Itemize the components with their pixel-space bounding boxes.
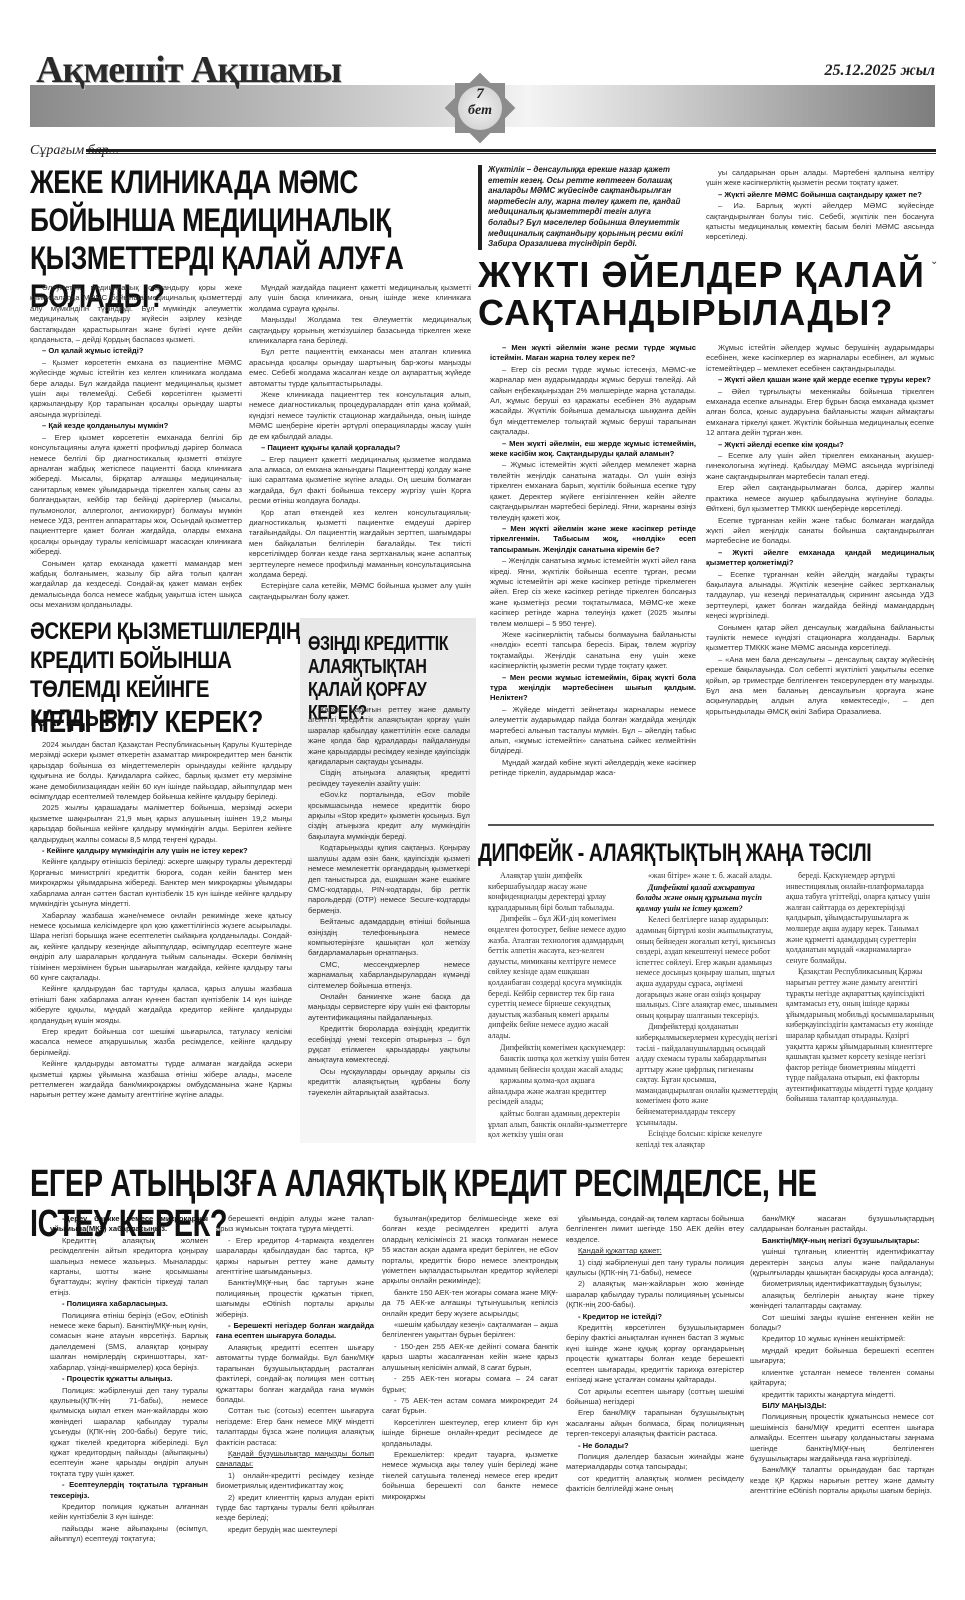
paragraph: – Егер пациент қажетті медициналық қызме… xyxy=(249,455,471,507)
paragraph: Дипфейктің көмегімен қаскүнемдер: xyxy=(488,1043,630,1054)
paragraph: Сонымен қатар емханада қажетті мамандар … xyxy=(30,559,242,611)
paragraph: 1) онлайн-кредитті ресімдеу кезінде биом… xyxy=(216,1471,374,1492)
paragraph: 2024 жылдан бастап Қазақстан Республикас… xyxy=(30,740,292,802)
paragraph: Бұл ретте пациенттің емханасы мен аталға… xyxy=(249,347,471,389)
paragraph: Хабарлау жазбаша және/немесе онлайн режи… xyxy=(30,911,292,984)
article-pregnant-col1: – Мен жүкті әйелмін және ресми түрде жұм… xyxy=(490,343,696,780)
paragraph: берешекті өндіріп алуды және талап-арыз … xyxy=(216,1214,374,1235)
paragraph: Кредиттің көрсетілген бұзушылықтармен бе… xyxy=(566,1323,744,1385)
paragraph: Кейінге қалдырудан бас тартуды қаласа, қ… xyxy=(30,984,292,1026)
paragraph: банкте 150 АЕК-тен жоғары сомаға және МҚ… xyxy=(382,1288,558,1319)
paragraph: ұйымында, сондай-ақ төлем картасы бойынш… xyxy=(566,1214,744,1245)
paragraph: Кредитор 10 жұмыс күнінен кешіктірмей: xyxy=(750,1334,934,1344)
paragraph: «жан бітіре» және т. б. жасай алады. xyxy=(636,871,778,882)
paragraph: – Егер қызмет көрсететін емханада белгіл… xyxy=(30,433,242,558)
article-mhi-col2: Мұндай жағдайда пациент қажетті медицина… xyxy=(249,283,471,603)
page-number: 7 xyxy=(444,86,516,102)
subheading-question: – Жүкті әйелге емханада қандай медицинал… xyxy=(706,548,934,569)
article-pregnant-col2: Жұмыс істейтін әйелдер жұмыс берушінің а… xyxy=(706,343,934,718)
paragraph: Қаржы нарығын реттеу және дамыту агентті… xyxy=(308,705,470,767)
headline-military-sub: НЕНІ БІЛУ КЕРЕК? xyxy=(30,706,302,738)
lead-box-pregnant: Жүктілік – денсаулыққа ерекше назар қаже… xyxy=(478,165,688,250)
article-credit-col1: -Дереу банкке немесе микроқаржы ұйымына(… xyxy=(50,1214,208,1546)
paragraph: - Егер кредитор 4-тармақта көзделген шар… xyxy=(216,1236,374,1278)
paragraph: Кредиттің алаяқтық жолмен ресімделгенін … xyxy=(50,1236,208,1298)
paragraph: Алаяқтық кредитті есептен шығару автомат… xyxy=(216,1343,374,1405)
paragraph: Дипфейктерді қолданатын киберқылмыскерле… xyxy=(636,1022,778,1128)
subheading-question: - Кейінге қалдыру мүмкіндігін алу үшін н… xyxy=(30,846,292,856)
paragraph: Алаяқтар үшін дипфейк кибершабуылдар жас… xyxy=(488,871,630,913)
article-deepfake-col3: береді. Қаскүнемдер әртүрлі инвестициялы… xyxy=(786,871,934,1106)
paragraph: Жеке кәсіпкерліктің табысы болмауына бай… xyxy=(490,630,696,672)
issue-date: 25.12.2025 жыл xyxy=(824,62,935,80)
article-credit-col3: бұзылған(кредитор белімшесінде жеке өзі … xyxy=(382,1214,558,1503)
paragraph: Кодтарыңызды құпия сақтаңыз. Қоңырау шал… xyxy=(308,843,470,916)
paragraph: Полицияға өтініш беріңіз (eGov, eOtinish… xyxy=(50,1311,208,1373)
paragraph: – Егер сіз ресми түрде жұмыс істесеңіз, … xyxy=(490,365,696,438)
paragraph: кредит берудің жас шектеулері xyxy=(216,1525,374,1535)
paragraph: қаржыны қолма-қол ақшаға айналдыра және … xyxy=(488,1076,630,1108)
paragraph: Қазақстан Республикасының Қаржы нарығын … xyxy=(786,967,934,1105)
paragraph: кредиттік тарихты жаңартуға міндетті. xyxy=(750,1390,934,1400)
subheading-question: - Кредитор не істейді? xyxy=(566,1312,744,1322)
paragraph: Полиция дәлелдер базасын жинайды және ма… xyxy=(566,1452,744,1473)
paragraph: қайтыс болған адамның деректерін ұрлап а… xyxy=(488,1109,630,1141)
paragraph: Қор атап өткендей кез келген консультаци… xyxy=(249,508,471,581)
paragraph: Банктің/МҚҰ-ның бас тартуын және полиция… xyxy=(216,1278,374,1320)
subheading-question: – Пациент құқығы қалай қорғалады? xyxy=(249,443,471,453)
paragraph: Мұндай жағдай көбіне жүкті әйелдердің же… xyxy=(490,758,696,779)
paragraph: клиентке ұсталған немесе төленген соманы… xyxy=(750,1368,934,1389)
subheading-question: – Ол қалай жұмыс істейді? xyxy=(30,346,242,356)
paragraph: – Жұмыс істемейтін жүкті әйелдер мемлеке… xyxy=(490,460,696,522)
paragraph: СМС, мессенджерлер немесе жарнамалық хаб… xyxy=(308,960,470,991)
subheading-question: -Дереу банкке немесе микроқаржы ұйымына(… xyxy=(50,1214,208,1235)
paragraph: 2025 жылғы қарашадағы мәліметтер бойынша… xyxy=(30,803,292,845)
paragraph: - 75 АЕК-тен астам сомаға микрокредит 24… xyxy=(382,1396,558,1417)
paragraph: – «Ана мен бала денсаулығы – денсаулық с… xyxy=(706,655,934,717)
paragraph: – Иә. Барлық жүкті әйелдер МӘМС жүйесінд… xyxy=(706,201,934,243)
paragraph: Көрсетілген шектеулер, егер клиент бір к… xyxy=(382,1418,558,1449)
paragraph: биометриялық идентификаттаудың бұзылуы; xyxy=(750,1279,934,1289)
paragraph: – Есепке тұрғаннан кейін әйелдің жағдайы… xyxy=(706,570,934,622)
paragraph: Ерекшеліктер: кредит тауарға, қызметке н… xyxy=(382,1450,558,1502)
subheading-question: – Мен жүкті әйелмін және ресми түрде жұм… xyxy=(490,343,696,364)
paragraph: – Жүйеде міндетті зейнетақы жарналары не… xyxy=(490,705,696,757)
subheading-question: - Есептеулердің тоқтатыла тұрғанын тексе… xyxy=(50,1480,208,1501)
page-label: бет xyxy=(444,103,516,119)
paragraph: бұзылған(кредитор белімшесінде жеке өзі … xyxy=(382,1214,558,1287)
paragraph: – Есепке алу үшін әйел тіркелген емханан… xyxy=(706,451,934,482)
subheading-question: – Жүкті әйел қашан және қай жерде есепке… xyxy=(706,375,934,385)
paragraph: береді. Қаскүнемдер әртүрлі инвестициялы… xyxy=(786,871,934,966)
subheading-question: - Процестік құжатты алыңыз. xyxy=(50,1374,208,1384)
article-pregnant-lead-right: уы салдарынан орын алады. Мәртебені қалп… xyxy=(706,168,934,244)
paragraph: уы салдарынан орын алады. Мәртебені қалп… xyxy=(706,168,934,189)
paragraph: Кредитор полиция құжатын алғаннан кейін … xyxy=(50,1502,208,1523)
paragraph: Полицияның процестік құжатынсыз немесе с… xyxy=(750,1412,934,1464)
article-deepfake-col2: «жан бітіре» және т. б. жасай алады.Дипф… xyxy=(636,871,778,1151)
paragraph: Жұмыс істейтін әйелдер жұмыс берушінің а… xyxy=(706,343,934,374)
paragraph: eGov.kz порталында, eGov mobile қосымшас… xyxy=(308,790,470,842)
paragraph: – Қызмет көрсететін емхана өз пациентіне… xyxy=(30,358,242,420)
paragraph: Бейтаныс адамдардың өтініші бойынша өзің… xyxy=(308,917,470,959)
paragraph: сот кредиттің алаяқтық жолмен ресімделу … xyxy=(566,1474,744,1495)
paragraph: Есіңізде болсын: кіріске кенелуге кепілд… xyxy=(636,1129,778,1150)
paragraph: 2) алаяқтық мән-жайларын жою жөнінде шар… xyxy=(566,1279,744,1310)
paragraph: Қандай бұзушылықтар маңызды болып санала… xyxy=(216,1449,374,1470)
subheading-question: – Жүкті әйелді есепке кім қояды? xyxy=(706,440,934,450)
paragraph: банк/МҚҰ жасаған бұзушылықтардың салдары… xyxy=(750,1214,934,1235)
subheading-question: – Мен жүкті әйелмін, еш жерде жұмыс істе… xyxy=(490,439,696,460)
paragraph: - 150-ден 255 АЕК-ке дейінгі сомаға банк… xyxy=(382,1342,558,1373)
paragraph: Кредиттік бюроларда өзіңіздің кредиттік … xyxy=(308,1024,470,1066)
divider-rule xyxy=(488,824,934,826)
paragraph: Әлеуметтік медициналық сақтандыру қоры ж… xyxy=(30,283,242,345)
paper-name: Ақмешіт Ақшамы xyxy=(36,48,341,92)
paragraph: 1) сізді жәбірленуші деп тану туралы пол… xyxy=(566,1258,744,1279)
headline-deepfake: ДИПФЕЙК - АЛАЯҚТЫҚТЫҢ ЖАҢА ТӘСІЛІ xyxy=(478,839,915,867)
paragraph: Қандай құжаттар қажет: xyxy=(566,1246,744,1256)
subheading-question: – Жүкті әйелге МӘМС бойынша сақтандыру қ… xyxy=(706,190,934,200)
paragraph: үшінші тұлғаның клиенттің идентификаттау… xyxy=(750,1247,934,1278)
paragraph: пайызды және айыпақыны (өсімпұл, айыппұл… xyxy=(50,1524,208,1545)
paragraph: Дипфейк – бұл ЖИ-дің көмегімен өңделген … xyxy=(488,914,630,1041)
paragraph: банктік шотқа қол жеткізу үшін бөтен ада… xyxy=(488,1054,630,1075)
paragraph: – Жеңілдік санатына жұмыс істемейтін жүк… xyxy=(490,556,696,629)
page-number-badge: 7 бет xyxy=(444,72,516,144)
paragraph: мұндай кредит бойынша берешекті есептен … xyxy=(750,1346,934,1367)
paragraph: 2) кредит клиенттің қарыз алудан ерікті … xyxy=(216,1493,374,1524)
paragraph: Онлайн банкингке және басқа да маңызды с… xyxy=(308,992,470,1023)
article-deepfake-col1: Алаяқтар үшін дипфейк кибершабуылдар жас… xyxy=(488,871,630,1142)
subheading-question: - Не болады? xyxy=(566,1441,744,1451)
paragraph: Мұндай жағдайда пациент қажетті медицина… xyxy=(249,283,471,314)
subheading-question: Банктің/МҚҰ-ның негізгі бұзушылықтары: xyxy=(750,1236,934,1246)
headline-pregnant: ЖҮКТІ ӘЙЕЛДЕР ҚАЛАЙ САҚТАНДЫРЫЛАДЫ? xyxy=(478,256,948,332)
subheading-question: - Полицияға хабарласыңыз. xyxy=(50,1299,208,1309)
subheading-question: – Қай кезде қолданылуы мүмкін? xyxy=(30,421,242,431)
paragraph: Кейінге қалдыруды автоматты түрде алмаға… xyxy=(30,1059,292,1101)
paragraph: Сонымен қатар әйел денсаулық жағдайына б… xyxy=(706,623,934,654)
paragraph: – Әйел тұрғылықты мекенжайы бойынша тірк… xyxy=(706,387,934,439)
paragraph: Есепке тұрғаннан кейін және табыс болмағ… xyxy=(706,516,934,547)
paragraph: Естеріңізге сала кетейік, МӘМС бойынша қ… xyxy=(249,581,471,602)
article-credit-col2: берешекті өндіріп алуды және талап-арыз … xyxy=(216,1214,374,1536)
paragraph: Сот арқылы есептен шығару (соттың шешімі… xyxy=(566,1387,744,1408)
article-credit-col4: ұйымында, сондай-ақ төлем картасы бойынш… xyxy=(566,1214,744,1496)
paragraph: «шешім қабылдау кезеңі» сақталмаған – ақ… xyxy=(382,1320,558,1341)
article-military-body: 2024 жылдан бастап Қазақстан Республикас… xyxy=(30,740,292,1102)
paragraph: Полиция: жәбірленуші деп тану туралы қау… xyxy=(50,1386,208,1480)
sidebar-fraud-body: Қаржы нарығын реттеу және дамыту агентті… xyxy=(308,705,470,1099)
paragraph: Келесі белгілерге назар аударыңыз: адамн… xyxy=(636,915,778,1021)
paragraph: алаяқтық белгілерін анықтау және тіркеу … xyxy=(750,1291,934,1312)
paragraph: Кейінге қалдыру өтінішсіз беріледі: әске… xyxy=(30,857,292,909)
subheading-question: Дипфейкті қалай ажыратуға болады және он… xyxy=(636,883,778,915)
article-credit-col5: банк/МҚҰ жасаған бұзушылықтардың салдары… xyxy=(750,1214,934,1498)
paragraph: Жеке клиникада пациенттер тек консультац… xyxy=(249,390,471,442)
paragraph: Егер банк/МҚҰ тарапынан бұзушылықтың жас… xyxy=(566,1408,744,1439)
paragraph: Соттан тыс (сотсыз) есептен шығаруға нег… xyxy=(216,1406,374,1448)
subheading-question: - Берешекті негіздер болған жағдайда ған… xyxy=(216,1321,374,1342)
section-divider xyxy=(86,149,936,154)
paragraph: Егер әйел сақтандырылмаған болса, дәріге… xyxy=(706,483,934,514)
paragraph: Осы нұсқауларды орындау арқылы сіз креди… xyxy=(308,1067,470,1098)
subheading-question: – Мен жүкті әйелмін және жеке кәсіпкер р… xyxy=(490,524,696,555)
subheading-question: – Мен ресми жұмыс істемеймін, бірақ жүкт… xyxy=(490,673,696,704)
paragraph: Маңызды! Жолдама тек Әлеуметтік медицина… xyxy=(249,315,471,346)
paragraph: Сот шешімі заңды күшіне енгеннен кейін н… xyxy=(750,1313,934,1334)
paragraph: Банк/МҚҰ талапты орындаудан бас тартқан … xyxy=(750,1465,934,1496)
paragraph: Сіздің атыңызға алаяқтық кредитті ресімд… xyxy=(308,768,470,789)
article-mhi-col1: Әлеуметтік медициналық сақтандыру қоры ж… xyxy=(30,283,242,612)
paragraph: - 255 АЕК-тен жоғары сомаға – 24 сағат б… xyxy=(382,1374,558,1395)
paragraph: Егер кредит бойынша сот шешімі шығарылса… xyxy=(30,1027,292,1058)
subheading-question: БІЛУ МАҢЫЗДЫ: xyxy=(750,1401,934,1411)
